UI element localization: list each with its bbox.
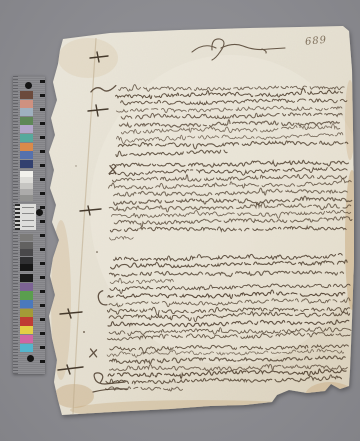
- calibration-patch: [20, 300, 33, 308]
- grayscale-wedge-dark: [20, 234, 33, 272]
- manuscript-photograph: 689: [0, 0, 360, 441]
- calibration-patch: [20, 283, 33, 291]
- calibration-patch: [20, 335, 33, 343]
- calibration-patch: [20, 309, 33, 317]
- calibration-patch: [20, 100, 33, 108]
- calibration-patch: [20, 125, 33, 133]
- calibration-patch: [20, 317, 33, 325]
- registration-dot-bottom: [27, 355, 34, 362]
- calibration-patch: [20, 249, 33, 256]
- grayscale-wedge-light: [20, 171, 33, 201]
- calibration-patch: [20, 264, 33, 271]
- color-patch-column-bottom: [20, 274, 33, 352]
- paper-stains: [49, 26, 360, 420]
- calibration-patch: [20, 151, 33, 159]
- manuscript-photo-svg: [0, 0, 360, 441]
- calibration-patch: [20, 242, 33, 249]
- registration-dot-top: [25, 82, 32, 89]
- calibration-patch: [20, 257, 33, 264]
- calibration-patch: [20, 326, 33, 334]
- calibration-patch: [20, 344, 33, 352]
- calibration-patch: [20, 177, 33, 183]
- calibration-patch: [20, 274, 33, 282]
- calibration-patch: [20, 291, 33, 299]
- calibration-patch: [20, 117, 33, 125]
- calibration-patch: [20, 108, 33, 116]
- color-calibration-strip: [13, 76, 45, 374]
- calibration-patch: [20, 183, 33, 189]
- calibration-patch: [20, 160, 33, 168]
- calibration-patch: [20, 189, 33, 195]
- color-patch-column-top: [20, 91, 33, 168]
- scale-label-text: [20, 204, 36, 230]
- scale-label: [15, 204, 36, 230]
- calibration-patch: [20, 143, 33, 151]
- calibration-patch: [20, 134, 33, 142]
- registration-dashes: [40, 80, 45, 370]
- calibration-patch: [20, 195, 33, 201]
- calibration-patch: [20, 171, 33, 177]
- calibration-patch: [20, 91, 33, 99]
- registration-dot-middle: [36, 209, 43, 216]
- calibration-patch: [20, 234, 33, 241]
